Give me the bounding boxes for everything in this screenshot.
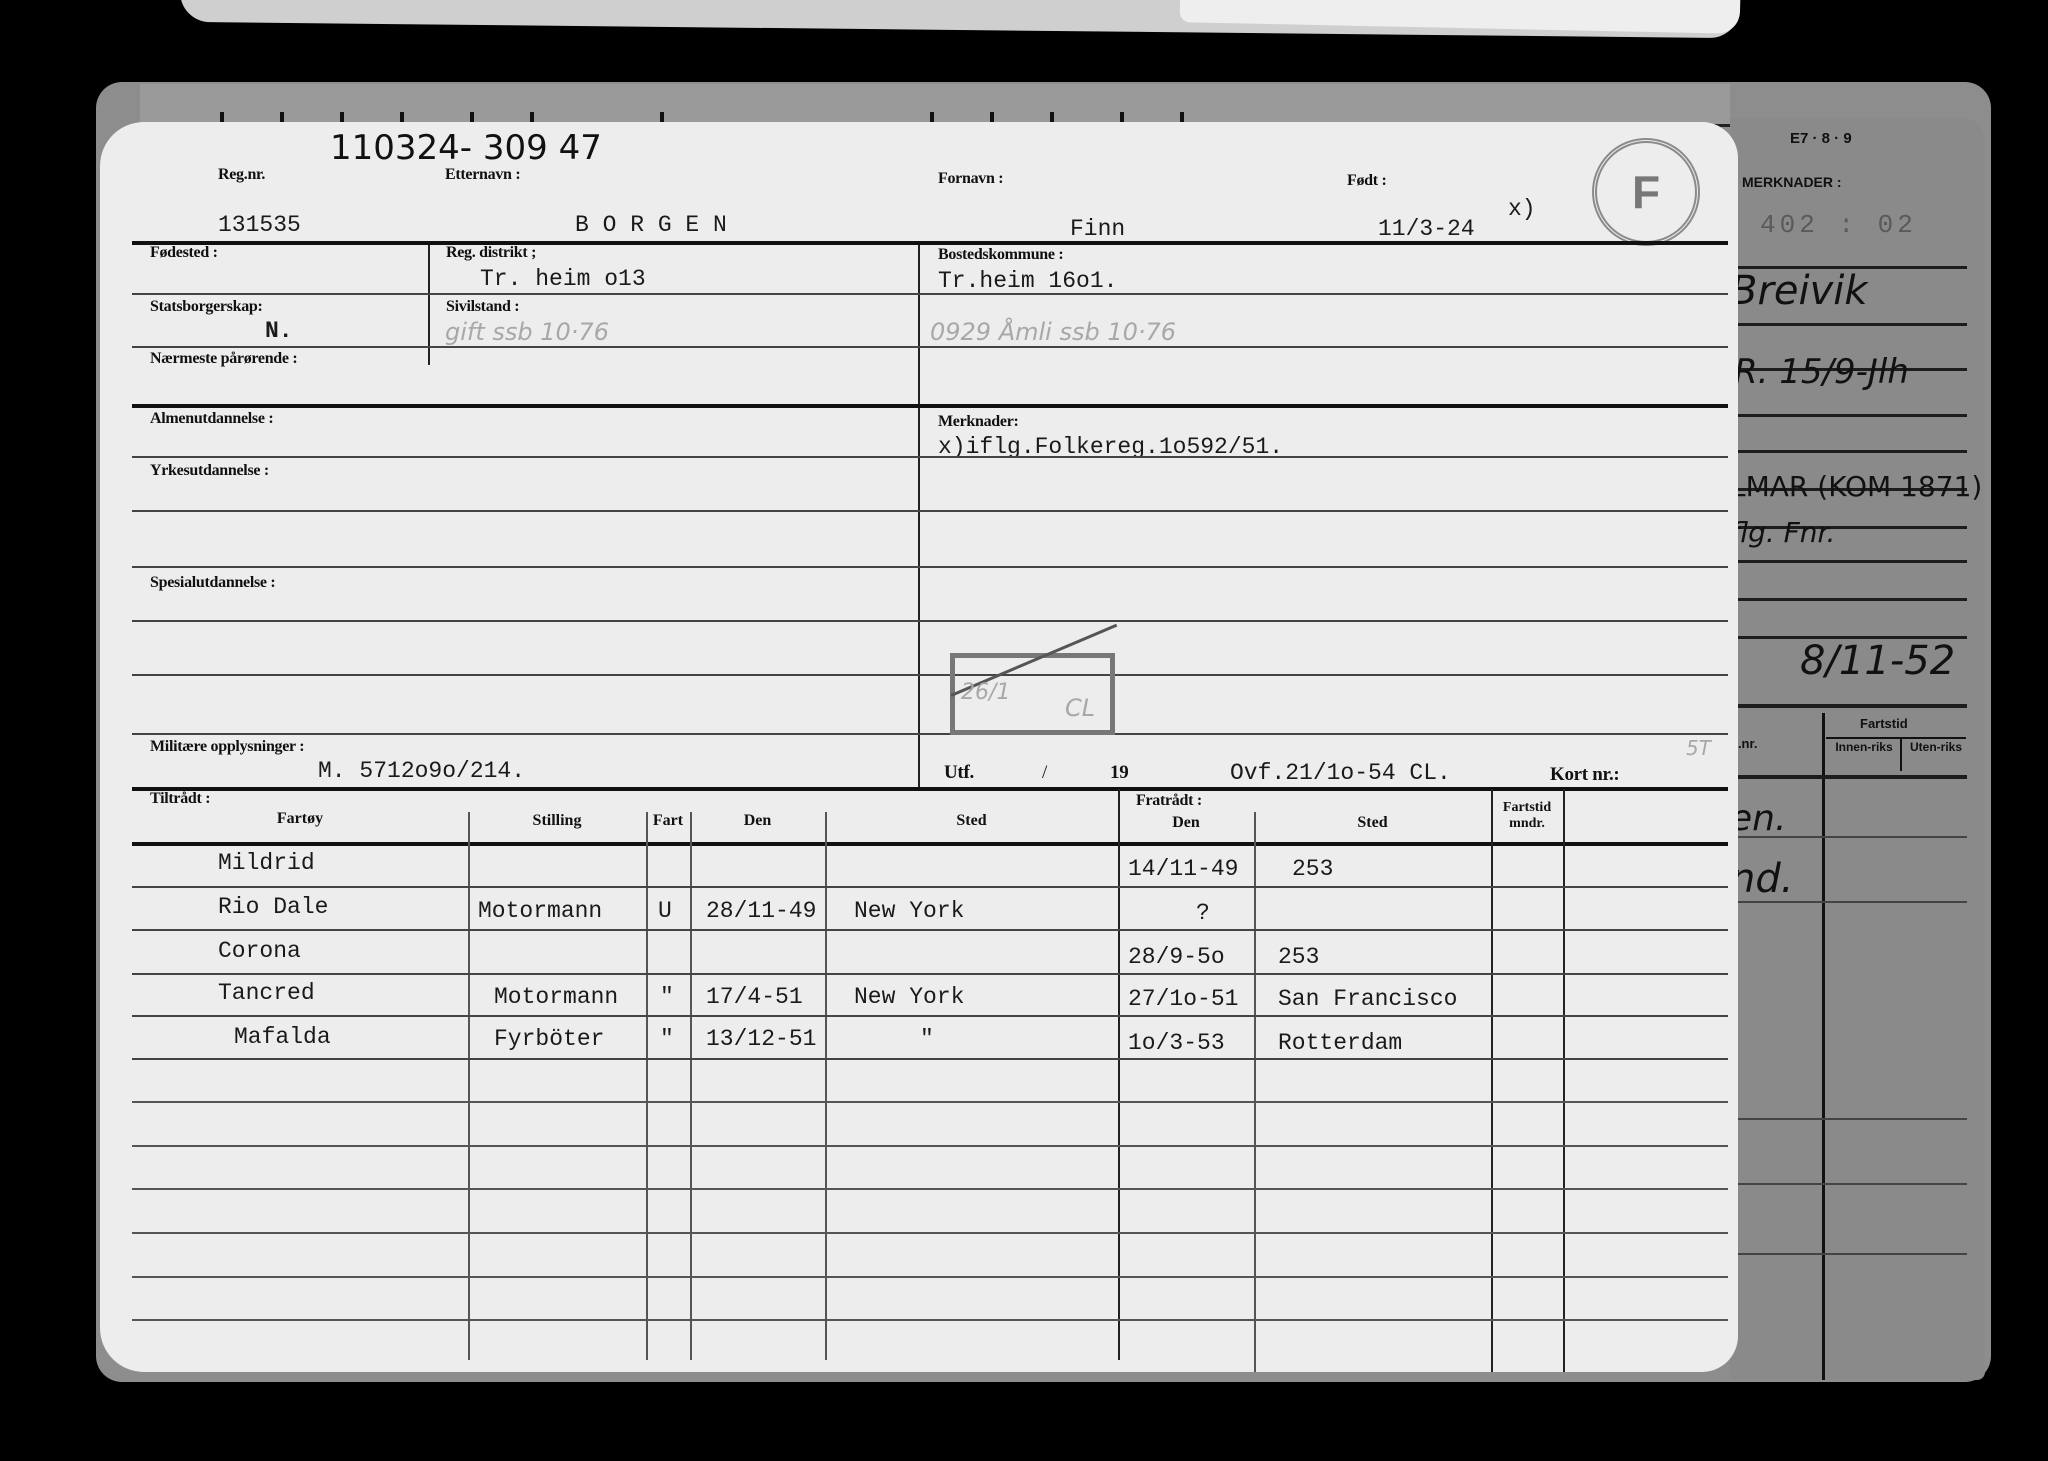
value-etternavn: B O R G E N (575, 212, 727, 238)
tab-tick (1180, 112, 1184, 122)
label-merknader: Merknader: (938, 413, 1019, 431)
divider (918, 245, 920, 789)
tab-tick (1120, 112, 1124, 122)
rule (132, 842, 1728, 846)
partial-word: en. (1730, 798, 1786, 839)
rule (132, 973, 1728, 975)
label-fratradt: Fratrådt : (1136, 792, 1202, 810)
cell-fart: U (658, 898, 672, 924)
merknader-heading: MERKNADER : (1742, 174, 1842, 190)
col-fart: Fart (646, 812, 690, 830)
rule (1738, 1118, 1967, 1120)
cell-stilling: Motormann (478, 898, 602, 924)
f-stamp: F (1592, 138, 1700, 246)
handwritten-note: R. 15/9-Jlh (1734, 352, 1909, 392)
cell-fratradt-den: 14/11-49 (1128, 856, 1238, 882)
value-fornavn: Finn (1070, 216, 1125, 242)
rule (132, 346, 1728, 348)
cell-fartoy: Corona (218, 938, 301, 964)
cell-fartoy: Mildrid (218, 850, 315, 876)
rule (1738, 598, 1967, 601)
label-tiltradt: Tiltrådt : (150, 790, 210, 808)
divider (1491, 789, 1493, 1372)
stamp-initials: CL (1065, 694, 1095, 722)
label-militaere-opplysninger: Militære opplysninger : (150, 738, 304, 756)
tab-tick (530, 112, 534, 122)
rule (1738, 901, 1967, 903)
rule (132, 1232, 1728, 1234)
rule (1738, 704, 1967, 708)
value-fodt: 11/3-24 (1378, 216, 1475, 242)
label-statsborgerskap: Statsborgerskap: (150, 298, 263, 316)
rule (132, 787, 1728, 791)
rule (132, 510, 1728, 512)
tab-marks: E7 · 8 · 9 (1790, 130, 1852, 147)
utf-slash: / (1042, 762, 1047, 784)
stamp-date: 26/1 (961, 680, 1010, 705)
rule (132, 620, 1728, 622)
divider (1900, 739, 1902, 771)
cell-stilling: Motormann (494, 984, 618, 1010)
cell-fartoy: Rio Dale (218, 894, 328, 920)
value-ovf: Ovf.21/1o-54 CL. (1230, 760, 1451, 786)
cell-fratradt-den: 1o/3-53 (1128, 1030, 1225, 1056)
cell-fartoy: Tancred (218, 980, 315, 1006)
tab-tick (340, 112, 344, 122)
divider (1118, 789, 1120, 1360)
value-bostedskommune: Tr.heim 16o1. (938, 268, 1117, 294)
cell-sted: New York (854, 898, 964, 924)
value-militaere: M. 5712o9o/214. (318, 758, 525, 784)
cell-fratradt-sted: 253 (1278, 944, 1319, 970)
value-reg-distrikt: Tr. heim o13 (480, 266, 646, 292)
cell-fratradt-den: 28/9-5o (1128, 944, 1225, 970)
cell-fartoy: Mafalda (234, 1024, 331, 1050)
rule (1738, 775, 1967, 779)
rule (1738, 1253, 1967, 1255)
pencil-bosted: 0929 Åmli ssb 10·76 (930, 318, 1176, 346)
col-fratradt-den: Den (1118, 814, 1254, 832)
rule (1738, 836, 1967, 838)
label-yrkesutdannelse: Yrkesutdannelse : (150, 462, 269, 480)
tab-tick (220, 112, 224, 122)
label-fornavn: Fornavn : (938, 170, 1003, 188)
innenriks-heading: Innen-riks (1834, 741, 1894, 754)
rule (1738, 1183, 1967, 1185)
pencil-sivilstand: gift ssb 10·76 (445, 318, 609, 346)
label-almenutdannelse: Almenutdannelse : (150, 410, 273, 428)
fartstid-heading: Fartstid (1860, 716, 1908, 731)
cell-fart: " (660, 1026, 674, 1052)
handwritten-id: 110324- 309 47 (330, 128, 602, 168)
next-card: E7 · 8 · 9 MERKNADER : 402 : 02 Breivik … (1730, 118, 1985, 1380)
label-kort-nr: Kort nr.: (1550, 764, 1619, 786)
handwritten-note: flg. Fnr. (1730, 516, 1835, 549)
tab-tick (470, 112, 474, 122)
pencil-kort-nr: 5T (1686, 736, 1711, 760)
rule (132, 1188, 1728, 1190)
rule (132, 886, 1728, 888)
rule (1738, 560, 1967, 563)
cell-fart: " (660, 984, 674, 1010)
divider (1254, 812, 1256, 1372)
utf-year-prefix: 19 (1110, 762, 1128, 784)
rule (132, 1101, 1728, 1103)
stamp-letter: F (1597, 143, 1695, 241)
rule (1738, 323, 1967, 326)
rule (132, 566, 1728, 568)
label-sivilstand: Sivilstand : (446, 298, 519, 316)
rule (1738, 414, 1967, 417)
rule (132, 1058, 1728, 1060)
cell-sted: " (920, 1026, 934, 1052)
col-sted: Sted (825, 812, 1118, 830)
handwritten-date: 8/11-52 (1800, 638, 1955, 684)
tab-tick (660, 112, 664, 122)
rule (132, 733, 1728, 735)
col-fartstid: Fartstid mndr. (1491, 800, 1563, 832)
label-reg-distrikt: Reg. distrikt ; (446, 244, 536, 262)
label-fodested: Fødested : (150, 244, 218, 262)
label-spesialutdannelse: Spesialutdannelse : (150, 574, 275, 592)
rule (1738, 450, 1967, 453)
label-fodt: Født : (1347, 172, 1387, 190)
col-den: Den (690, 812, 825, 830)
fodt-footnote-mark: x) (1508, 196, 1536, 222)
partial-word: nd. (1730, 856, 1793, 902)
divider (1822, 713, 1825, 1380)
rule (132, 1319, 1728, 1321)
col-fartoy: Fartøy (132, 810, 468, 828)
label-naermeste-parorende: Nærmeste pårørende : (150, 350, 297, 368)
cell-fratradt-den: ? (1196, 900, 1210, 926)
handwritten-note: LMAR (KOM 1871) (1730, 470, 1982, 503)
cell-fratradt-sted: San Francisco (1278, 986, 1457, 1012)
utenriks-heading: Uten-riks (1906, 741, 1966, 754)
rule (132, 293, 1728, 295)
cell-den: 28/11-49 (706, 898, 816, 924)
label-bostedskommune: Bostedskommune : (938, 246, 1063, 264)
label-reg-nr: Reg.nr. (218, 166, 265, 184)
rule (132, 241, 1728, 245)
stamped-number: 402 : 02 (1760, 210, 1917, 240)
cell-sted: New York (854, 984, 964, 1010)
cell-den: 13/12-51 (706, 1026, 816, 1052)
divider (1563, 789, 1565, 1372)
rule (132, 674, 1728, 676)
cell-den: 17/4-51 (706, 984, 803, 1010)
cell-fratradt-den: 27/1o-51 (1128, 986, 1238, 1012)
rule (132, 404, 1728, 408)
rule (1826, 737, 1966, 739)
tab-tick (990, 112, 994, 122)
tab-tick (280, 112, 284, 122)
cell-fratradt-sted: Rotterdam (1278, 1030, 1402, 1056)
tab-tick (400, 112, 404, 122)
value-reg-nr: 131535 (218, 212, 301, 238)
handwritten-name: Breivik (1730, 268, 1868, 314)
cell-stilling: Fyrböter (494, 1026, 604, 1052)
rule (132, 456, 1728, 458)
tab-strip (140, 84, 1730, 127)
cancelled-stamp: 26/1 CL (950, 653, 1115, 735)
col-stilling: Stilling (468, 812, 646, 830)
value-statsborgerskap: N. (265, 318, 293, 344)
label-utf: Utf. (944, 762, 974, 784)
col-fratradt-sted: Sted (1254, 814, 1491, 832)
rule (132, 1015, 1728, 1017)
tab-tick (930, 112, 934, 122)
cell-fratradt-sted: 253 (1292, 856, 1333, 882)
rule (132, 1145, 1728, 1147)
label-etternavn: Etternavn : (445, 166, 520, 184)
rule (132, 929, 1728, 931)
tab-tick (1050, 112, 1054, 122)
rule (132, 1276, 1728, 1278)
